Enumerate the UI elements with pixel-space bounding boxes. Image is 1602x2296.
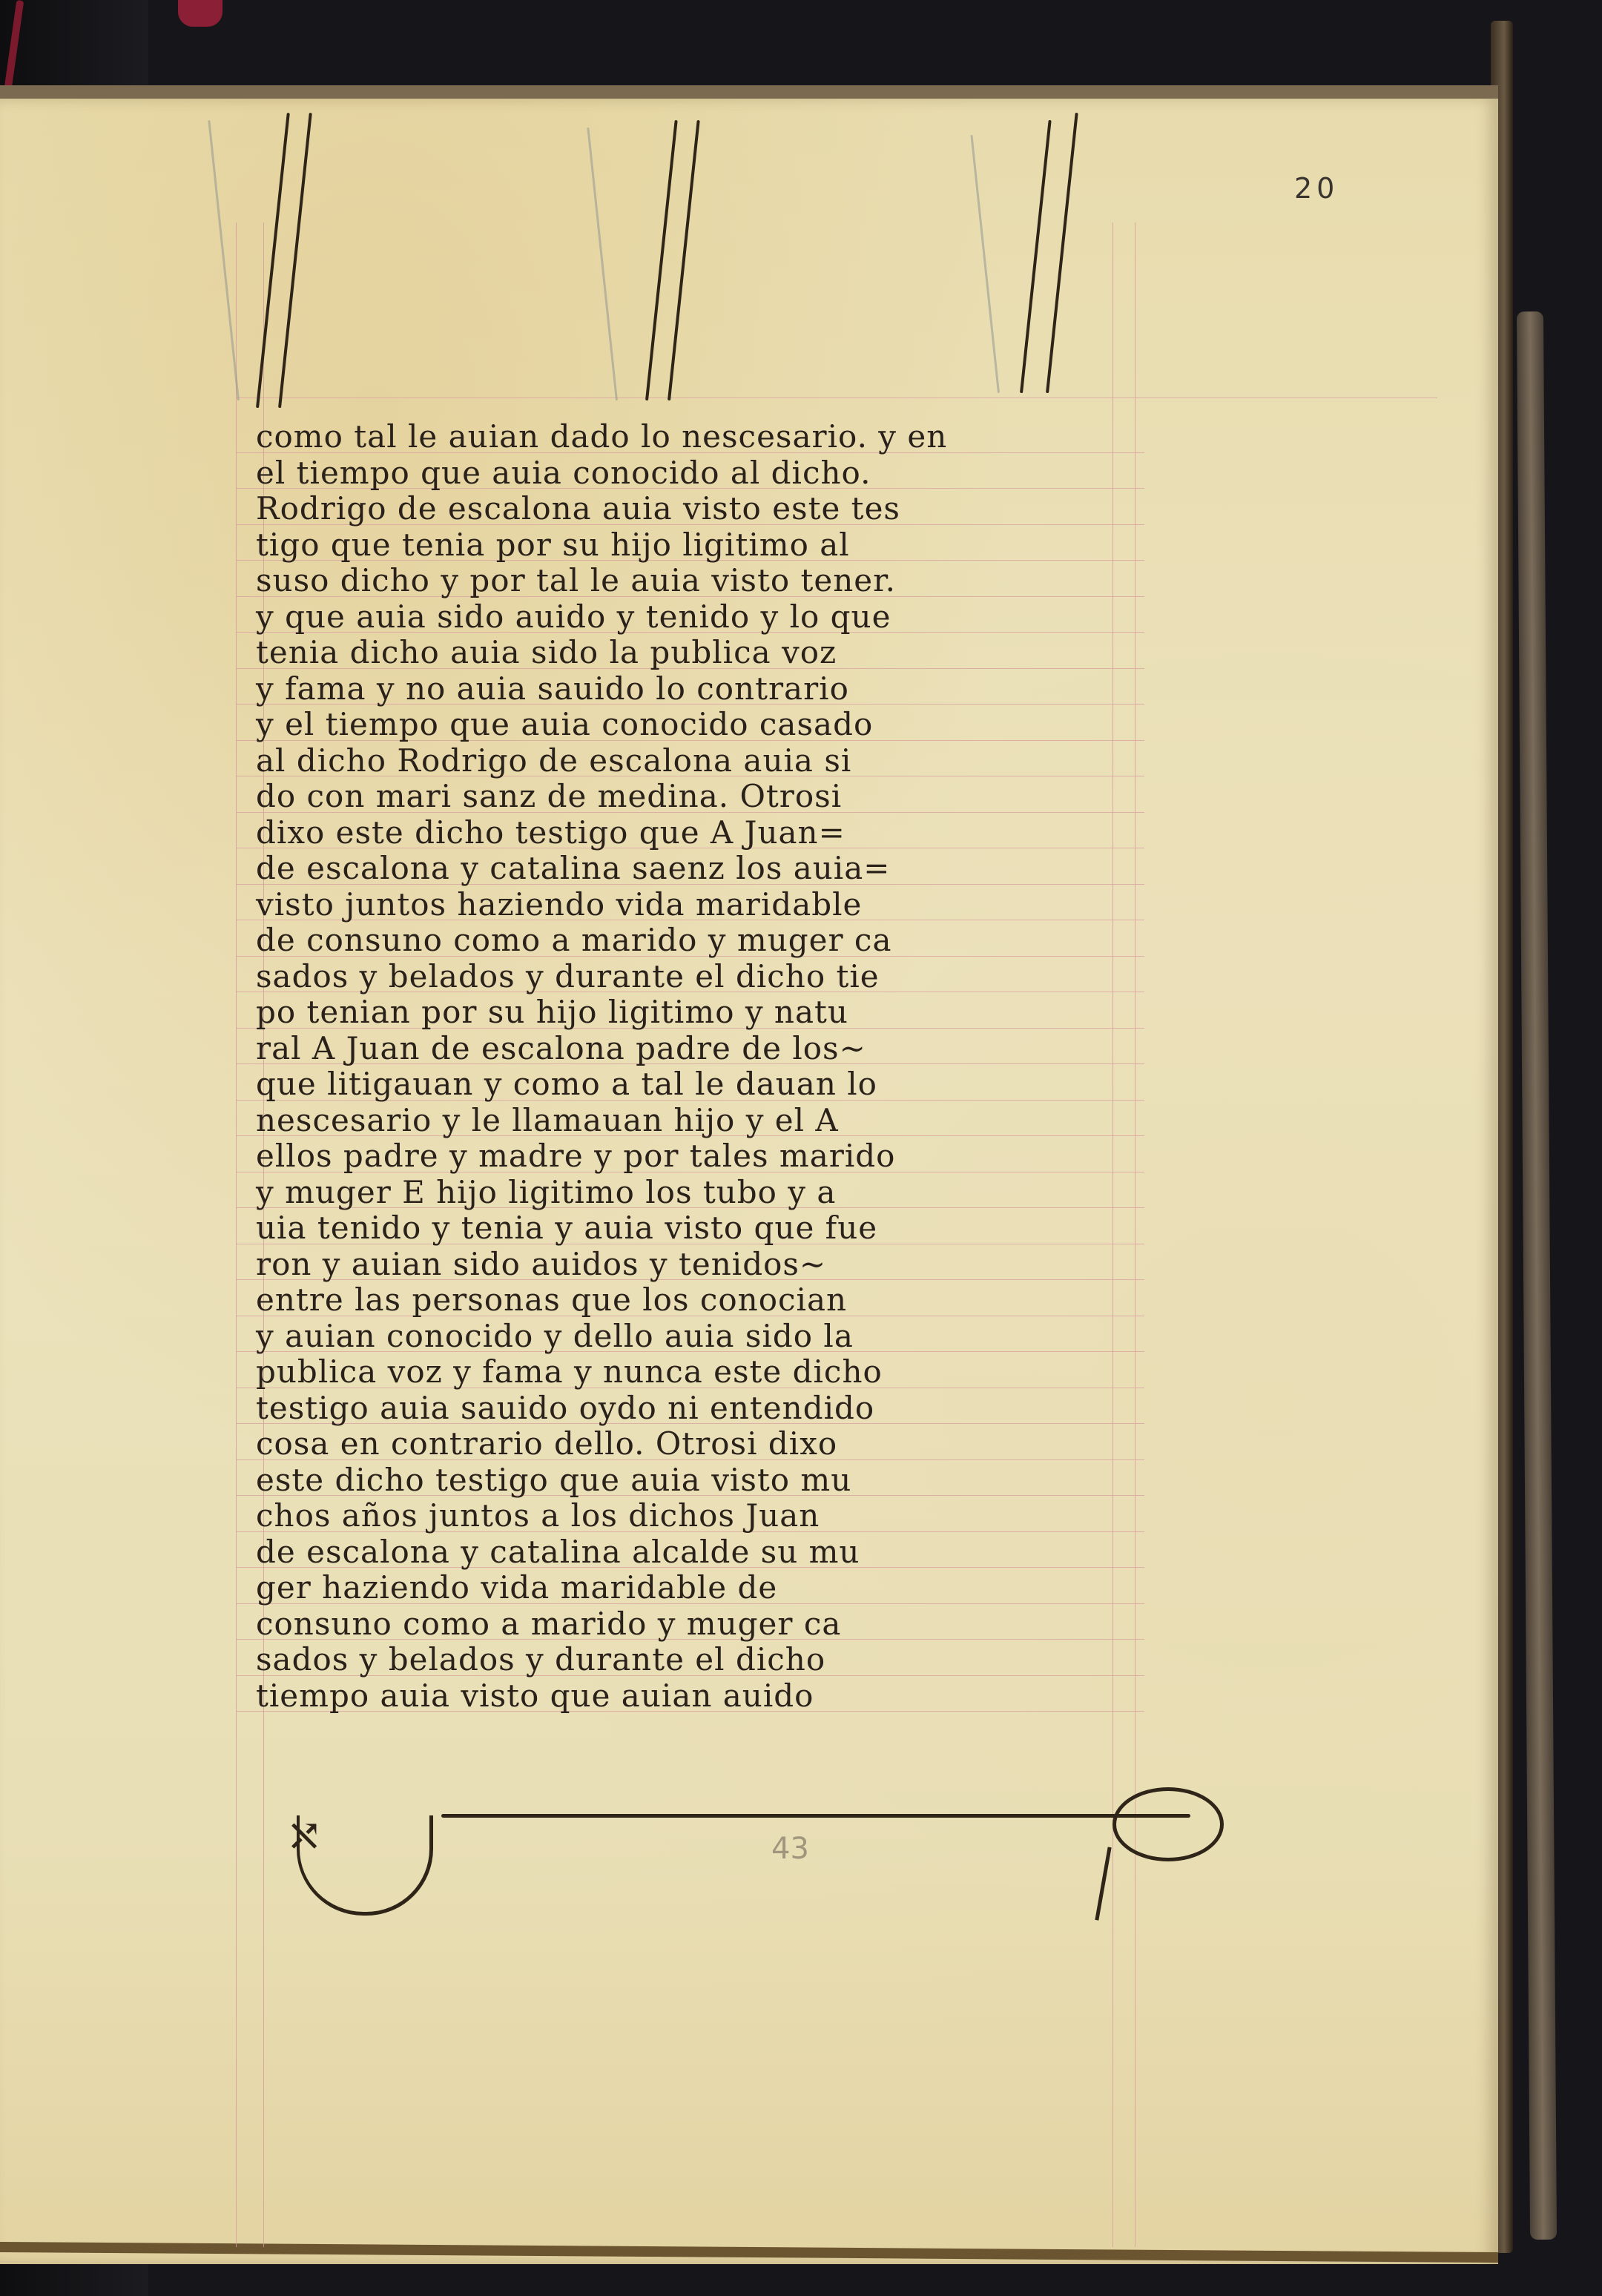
book-clasp	[1517, 311, 1557, 2240]
manuscript-line: Rodrigo de escalona auia visto este tes	[256, 491, 1161, 527]
manuscript-line: po tenian por su hijo ligitimo y natu	[256, 994, 1161, 1031]
pencil-annotation: 43	[771, 1832, 809, 1866]
manuscript-line: ellos padre y madre y por tales marido	[256, 1138, 1161, 1175]
top-ruling-line	[236, 397, 1437, 398]
margin-rule-left-outer	[236, 222, 237, 2247]
manuscript-line: dixo este dicho testigo que A Juan=	[256, 815, 1161, 851]
manuscript-line: y el tiempo que auia conocido casado	[256, 707, 1161, 743]
manuscript-line: tenia dicho auia sido la publica voz	[256, 635, 1161, 671]
manuscript-line: de escalona y catalina alcalde su mu	[256, 1534, 1161, 1571]
manuscript-line: este dicho testigo que auia visto mu	[256, 1462, 1161, 1499]
manuscript-line: ger haziendo vida maridable de	[256, 1570, 1161, 1606]
manuscript-line: chos años juntos a los dichos Juan	[256, 1498, 1161, 1534]
manuscript-line: como tal le auian dado lo nescesario. y …	[256, 419, 1161, 455]
manuscript-line: al dicho Rodrigo de escalona auia si	[256, 743, 1161, 779]
closing-flourish-line	[441, 1814, 1190, 1818]
manuscript-line: tigo que tenia por su hijo ligitimo al	[256, 527, 1161, 564]
closing-flourish-loop	[1112, 1787, 1224, 1861]
manuscript-line: do con mari sanz de medina. Otrosi	[256, 779, 1161, 815]
manuscript-line: ron y auian sido auidos y tenidos~	[256, 1247, 1161, 1283]
manuscript-line: visto juntos haziendo vida maridable	[256, 887, 1161, 923]
manuscript-line: sados y belados y durante el dicho	[256, 1642, 1161, 1678]
manuscript-line: y auian conocido y dello auia sido la	[256, 1319, 1161, 1355]
manuscript-line: y que auia sido auido y tenido y lo que	[256, 599, 1161, 636]
manuscript-line: y muger E hijo ligitimo los tubo y a	[256, 1175, 1161, 1211]
manuscript-line: publica voz y fama y nunca este dicho	[256, 1354, 1161, 1391]
manuscript-line: el tiempo que auia conocido al dicho.	[256, 455, 1161, 492]
manuscript-line: tiempo auia visto que auian auido	[256, 1678, 1161, 1715]
manuscript-line: entre las personas que los conocian	[256, 1282, 1161, 1319]
manuscript-line: testigo auia sauido oydo ni entendido	[256, 1391, 1161, 1427]
manuscript-line: nescesario y le llamauan hijo y el A	[256, 1103, 1161, 1139]
manuscript-text-block: como tal le auian dado lo nescesario. y …	[256, 419, 1161, 1714]
manuscript-line: de escalona y catalina saenz los auia=	[256, 851, 1161, 887]
manuscript-line: consuno como a marido y muger ca	[256, 1606, 1161, 1643]
manuscript-line: cosa en contrario dello. Otrosi dixo	[256, 1426, 1161, 1462]
manuscript-line: sados y belados y durante el dicho tie	[256, 959, 1161, 995]
manuscript-line: y fama y no auia sauido lo contrario	[256, 671, 1161, 707]
manuscript-line: uia tenido y tenia y auia visto que fue	[256, 1210, 1161, 1247]
manuscript-line: de consuno como a marido y muger ca	[256, 923, 1161, 959]
manuscript-line: que litigauan y como a tal le dauan lo	[256, 1066, 1161, 1103]
folio-number: 20	[1294, 172, 1339, 205]
ribbon-tassel	[178, 0, 222, 27]
manuscript-line: ral A Juan de escalona padre de los~	[256, 1031, 1161, 1067]
manuscript-line: suso dicho y por tal le auia visto tener…	[256, 563, 1161, 599]
